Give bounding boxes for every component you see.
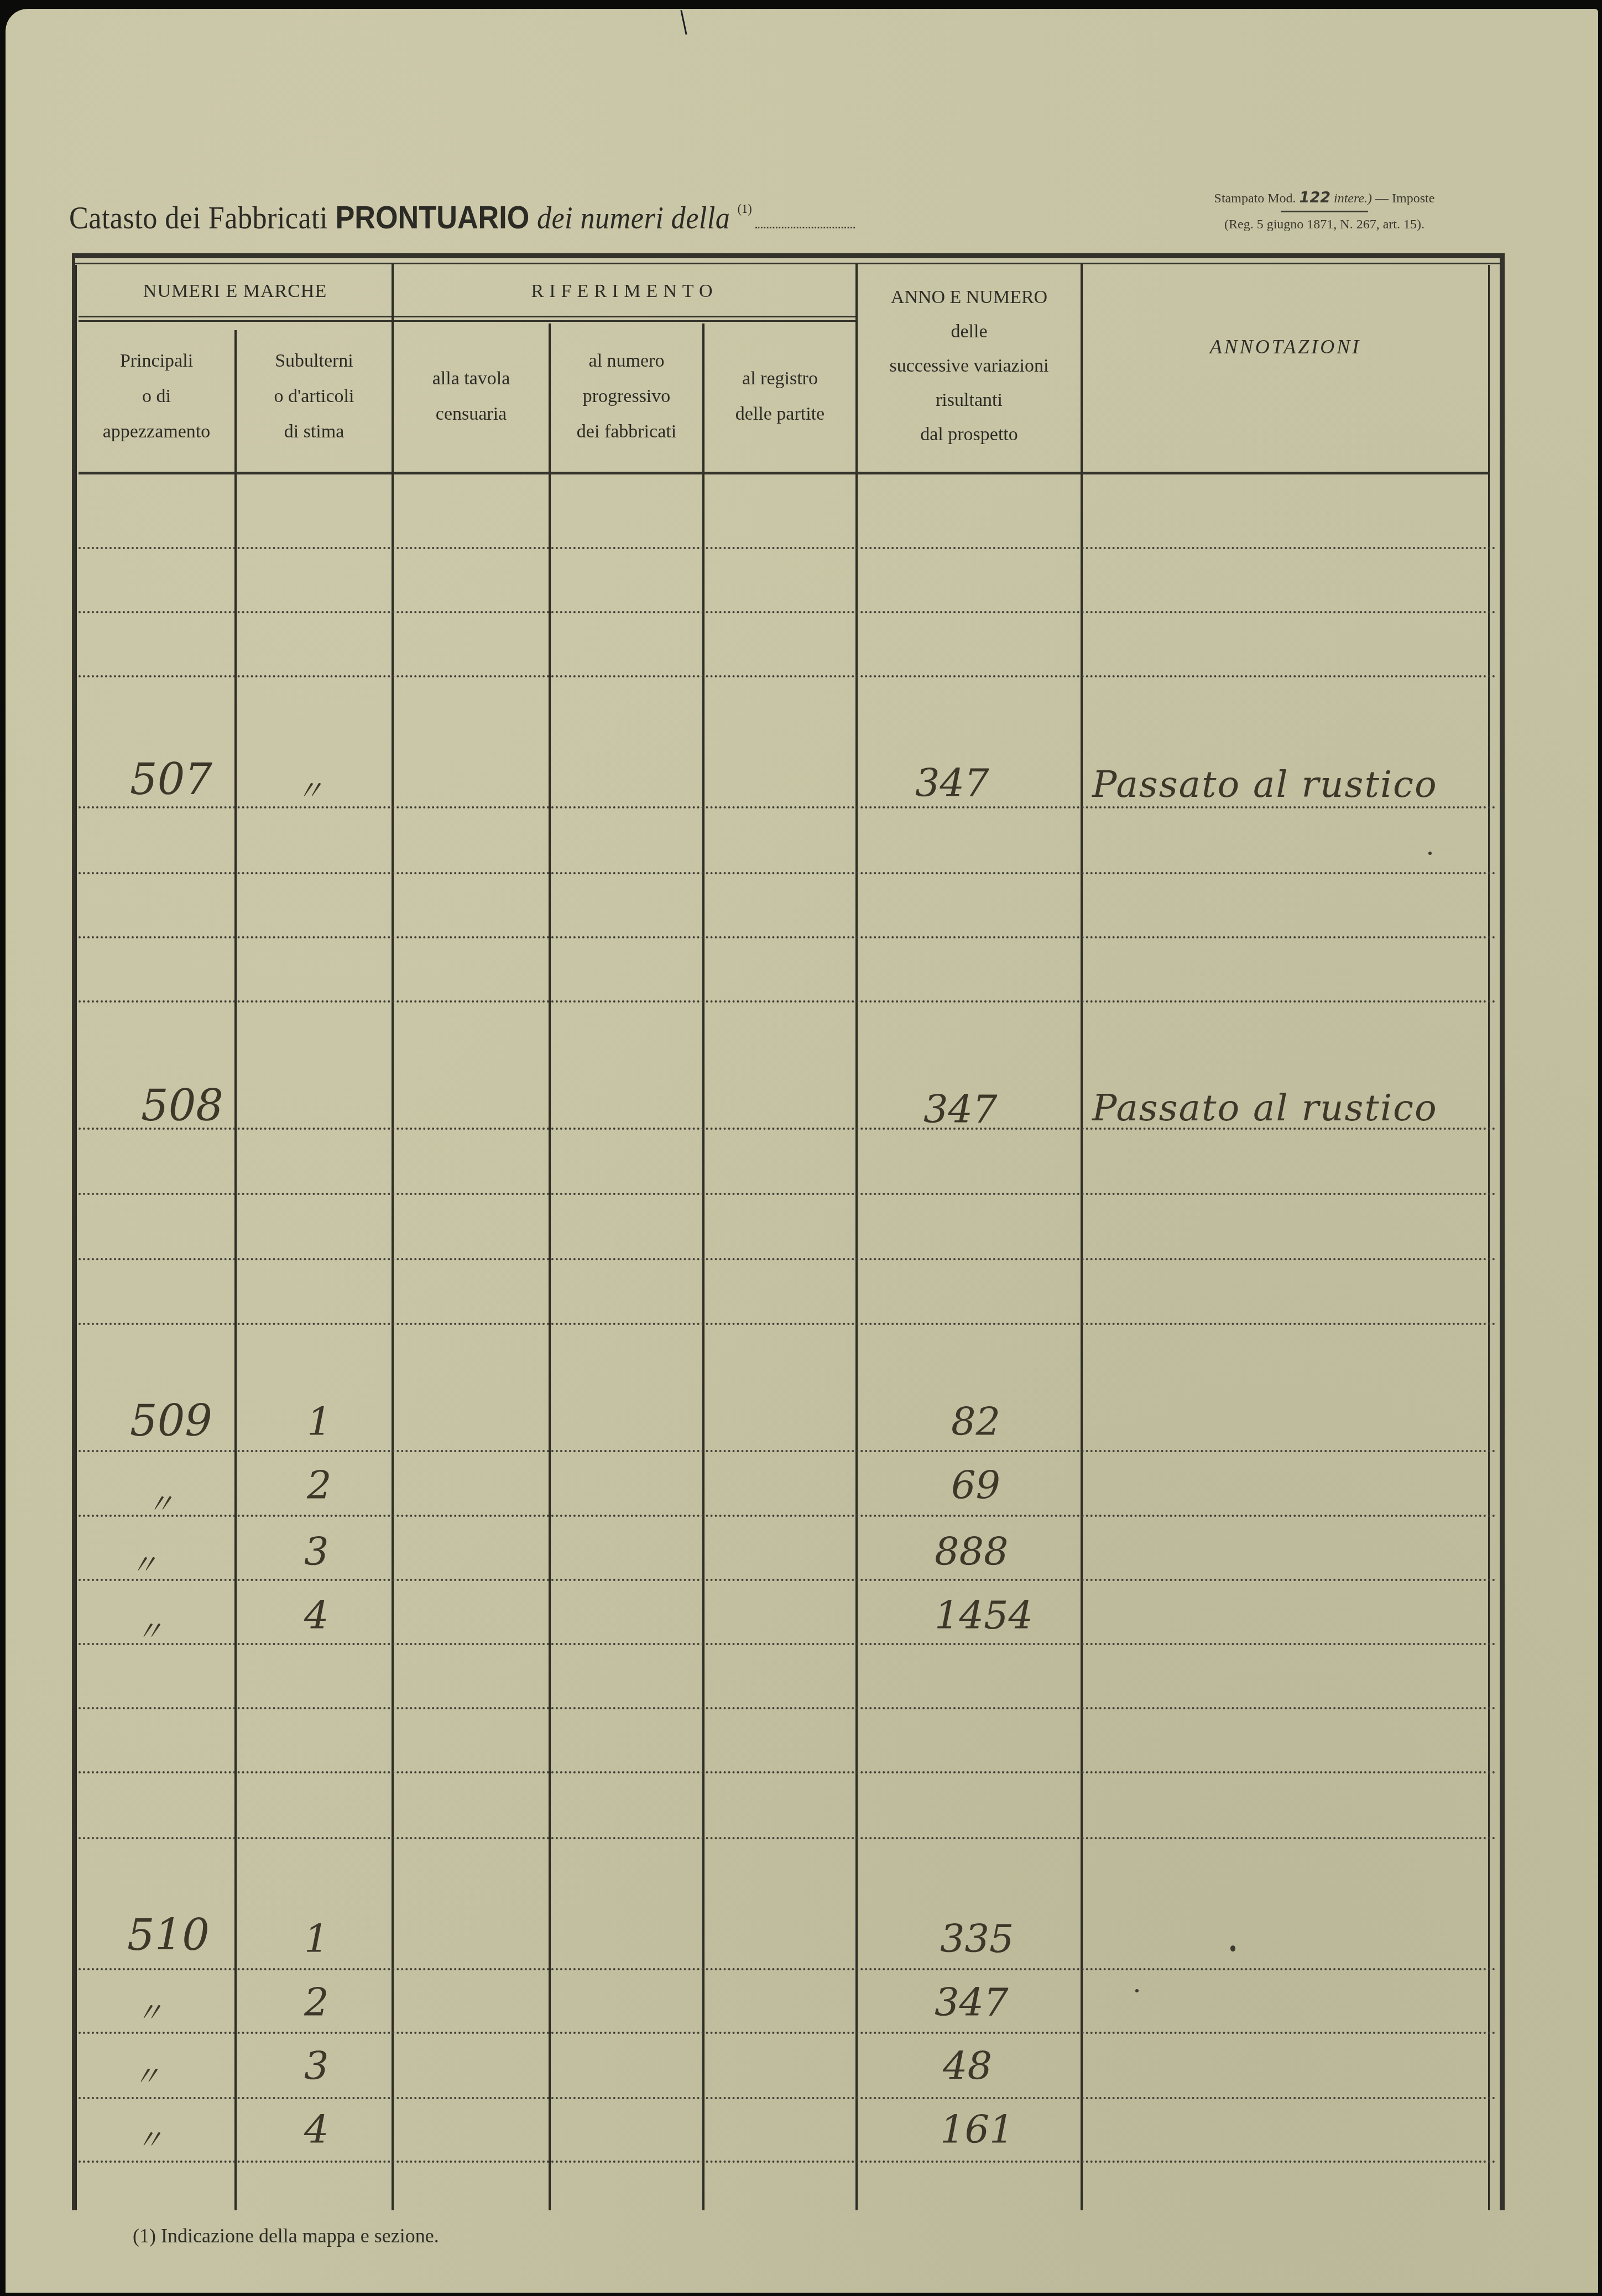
row-rule [79, 1968, 1496, 1970]
entry-principali: 509 [130, 1396, 212, 1446]
progressivo-line-1: al numero [589, 343, 665, 379]
stamp-line-1: Stampato Mod. 122 intere.) — Imposte [1167, 188, 1482, 208]
page-title: Catasto dei Fabbricati PRONTUARIO dei nu… [69, 199, 855, 236]
row-rule [79, 2161, 1496, 2163]
entry-principali-ditto: 〃 [135, 2118, 163, 2158]
top-double-rule [75, 263, 1500, 264]
model-number: 122 [1300, 189, 1330, 206]
anno-line-3: successive variazioni [890, 349, 1049, 383]
row-rule [79, 2032, 1496, 2034]
row-rule [79, 1000, 1496, 1003]
ledger-table: NUMERI E MARCHE RIFERIMENTO ANNO E NUMER… [72, 253, 1505, 2210]
row-rule [79, 872, 1496, 874]
stamp-italic: intere.) [1334, 191, 1372, 206]
stamp-prefix: Stampato Mod. [1214, 191, 1296, 206]
footnote: (1) Indicazione della mappa e sezione. [133, 2224, 439, 2247]
stamp-rule [1281, 211, 1368, 212]
entry-subalterni: 3 [304, 2043, 329, 2089]
row-rule [79, 1193, 1496, 1195]
form-stamp: Stampato Mod. 122 intere.) — Imposte (Re… [1167, 188, 1482, 234]
anno-line-1: ANNO E NUMERO [891, 280, 1047, 315]
entry-principali: 507 [130, 755, 212, 805]
entry-subalterni-ditto: 〃 [296, 769, 323, 808]
col-header-subalterni: Subulterni o d'articoli di stima [237, 336, 392, 457]
subalterni-line-1: Subulterni [275, 343, 353, 379]
row-rule [79, 1837, 1496, 1839]
col-divider-6 [1081, 264, 1083, 2210]
footnote-mark: (1) [738, 202, 753, 216]
principali-line-1: Principali [120, 343, 193, 379]
title-bold: PRONTUARIO [335, 200, 529, 236]
registro-line-1: al registro [742, 361, 818, 396]
entry-subalterni: 2 [307, 1463, 332, 1508]
anno-line-5: dal prospetto [920, 418, 1018, 452]
title-italic: dei numeri della [537, 200, 730, 236]
group-rule-rif [394, 316, 855, 317]
col-divider-5 [855, 264, 858, 2210]
entry-subalterni: 2 [304, 1980, 329, 2025]
group-rule-numeri-2 [79, 320, 392, 322]
anno-line-2: delle [951, 315, 987, 349]
col-divider-3 [549, 323, 551, 2210]
entry-anno-numero: 161 [940, 2107, 1014, 2152]
entry-anno-numero: 347 [923, 1087, 998, 1132]
entry-subalterni: 4 [304, 2107, 329, 2152]
entry-subalterni: 4 [304, 1593, 329, 1638]
row-rule [79, 936, 1496, 938]
group-header-riferimento: RIFERIMENTO [394, 269, 855, 314]
col-header-tavola: alla tavola censuaria [394, 336, 549, 457]
entry-principali-ditto: 〃 [147, 1482, 174, 1522]
entry-anno-numero: 888 [935, 1529, 1009, 1574]
group-rule-rif-2 [394, 320, 855, 322]
col-header-numero-progressivo: al numero progressivo dei fabbricati [551, 336, 702, 457]
progressivo-line-3: dei fabbricati [577, 414, 676, 450]
row-rule [79, 1771, 1496, 1773]
entry-anno-numero: 335 [940, 1916, 1014, 1961]
row-rule [79, 1707, 1496, 1709]
entry-anno-numero: 1454 [935, 1593, 1033, 1638]
tavola-line-2: censuaria [436, 396, 507, 432]
entry-principali: 508 [141, 1081, 223, 1131]
col-divider-4 [702, 323, 705, 2210]
ink-speck [1428, 852, 1432, 855]
subalterni-line-3: di stima [284, 414, 345, 450]
blank-fill-line [755, 227, 855, 228]
subalterni-line-2: o d'articoli [274, 379, 354, 414]
entry-subalterni: 1 [304, 1916, 329, 1961]
row-rule [79, 675, 1496, 677]
row-rule [79, 806, 1496, 808]
col-header-registro: al registro delle partite [705, 336, 855, 457]
entry-principali-ditto: 〃 [135, 1991, 163, 2031]
header-bottom-rule [79, 472, 1488, 474]
ink-speck [1135, 1989, 1139, 1992]
tavola-line-1: alla tavola [432, 361, 510, 396]
row-rule [79, 2097, 1496, 2099]
title-prefix: Catasto dei Fabbricati [69, 200, 328, 236]
inner-right-rule [1488, 265, 1490, 2210]
registro-line-2: delle partite [735, 396, 825, 432]
entry-anno-numero: 347 [935, 1980, 1009, 2025]
row-rule [79, 1515, 1496, 1517]
group-rule-numeri [79, 316, 392, 317]
entry-principali-ditto: 〃 [130, 1543, 158, 1583]
entry-annotazione: Passato al rustico [1092, 763, 1438, 806]
row-rule [79, 1450, 1496, 1452]
entry-anno-numero: 48 [943, 2043, 992, 2089]
group-header-numeri-marche: NUMERI E MARCHE [79, 269, 392, 314]
stamp-line-2: (Reg. 5 giugno 1871, N. 267, art. 15). [1167, 215, 1482, 234]
row-rule [79, 1643, 1496, 1645]
principali-line-3: appezzamento [103, 414, 210, 450]
progressivo-line-2: progressivo [583, 379, 671, 414]
col-divider-2 [392, 264, 394, 2210]
entry-principali-ditto: 〃 [133, 2054, 160, 2094]
header-annotazioni: ANNOTAZIONI [1083, 325, 1488, 369]
entry-subalterni: 3 [304, 1529, 329, 1574]
row-rule [79, 611, 1496, 613]
entry-subalterni: 1 [307, 1399, 332, 1444]
entry-principali-ditto: 〃 [135, 1609, 163, 1649]
principali-line-2: o di [142, 379, 171, 414]
entry-anno-numero: 347 [915, 760, 989, 806]
entry-principali: 510 [127, 1911, 210, 1960]
entry-anno-numero: 69 [951, 1463, 1000, 1508]
entry-annotazione: Passato al rustico [1092, 1087, 1438, 1129]
ink-speck [1230, 1945, 1235, 1951]
row-rule [79, 1258, 1496, 1260]
header-anno-numero: ANNO E NUMERO delle successive variazion… [858, 275, 1081, 457]
stamp-suffix: — Imposte [1375, 191, 1434, 206]
row-rule [79, 1323, 1496, 1325]
col-header-principali: Principali o di appezzamento [79, 336, 234, 457]
inner-left-rule [75, 265, 77, 2210]
row-rule [79, 1579, 1496, 1581]
row-rule [79, 547, 1496, 549]
anno-line-4: risultanti [936, 383, 1003, 418]
entry-anno-numero: 82 [951, 1399, 1000, 1444]
